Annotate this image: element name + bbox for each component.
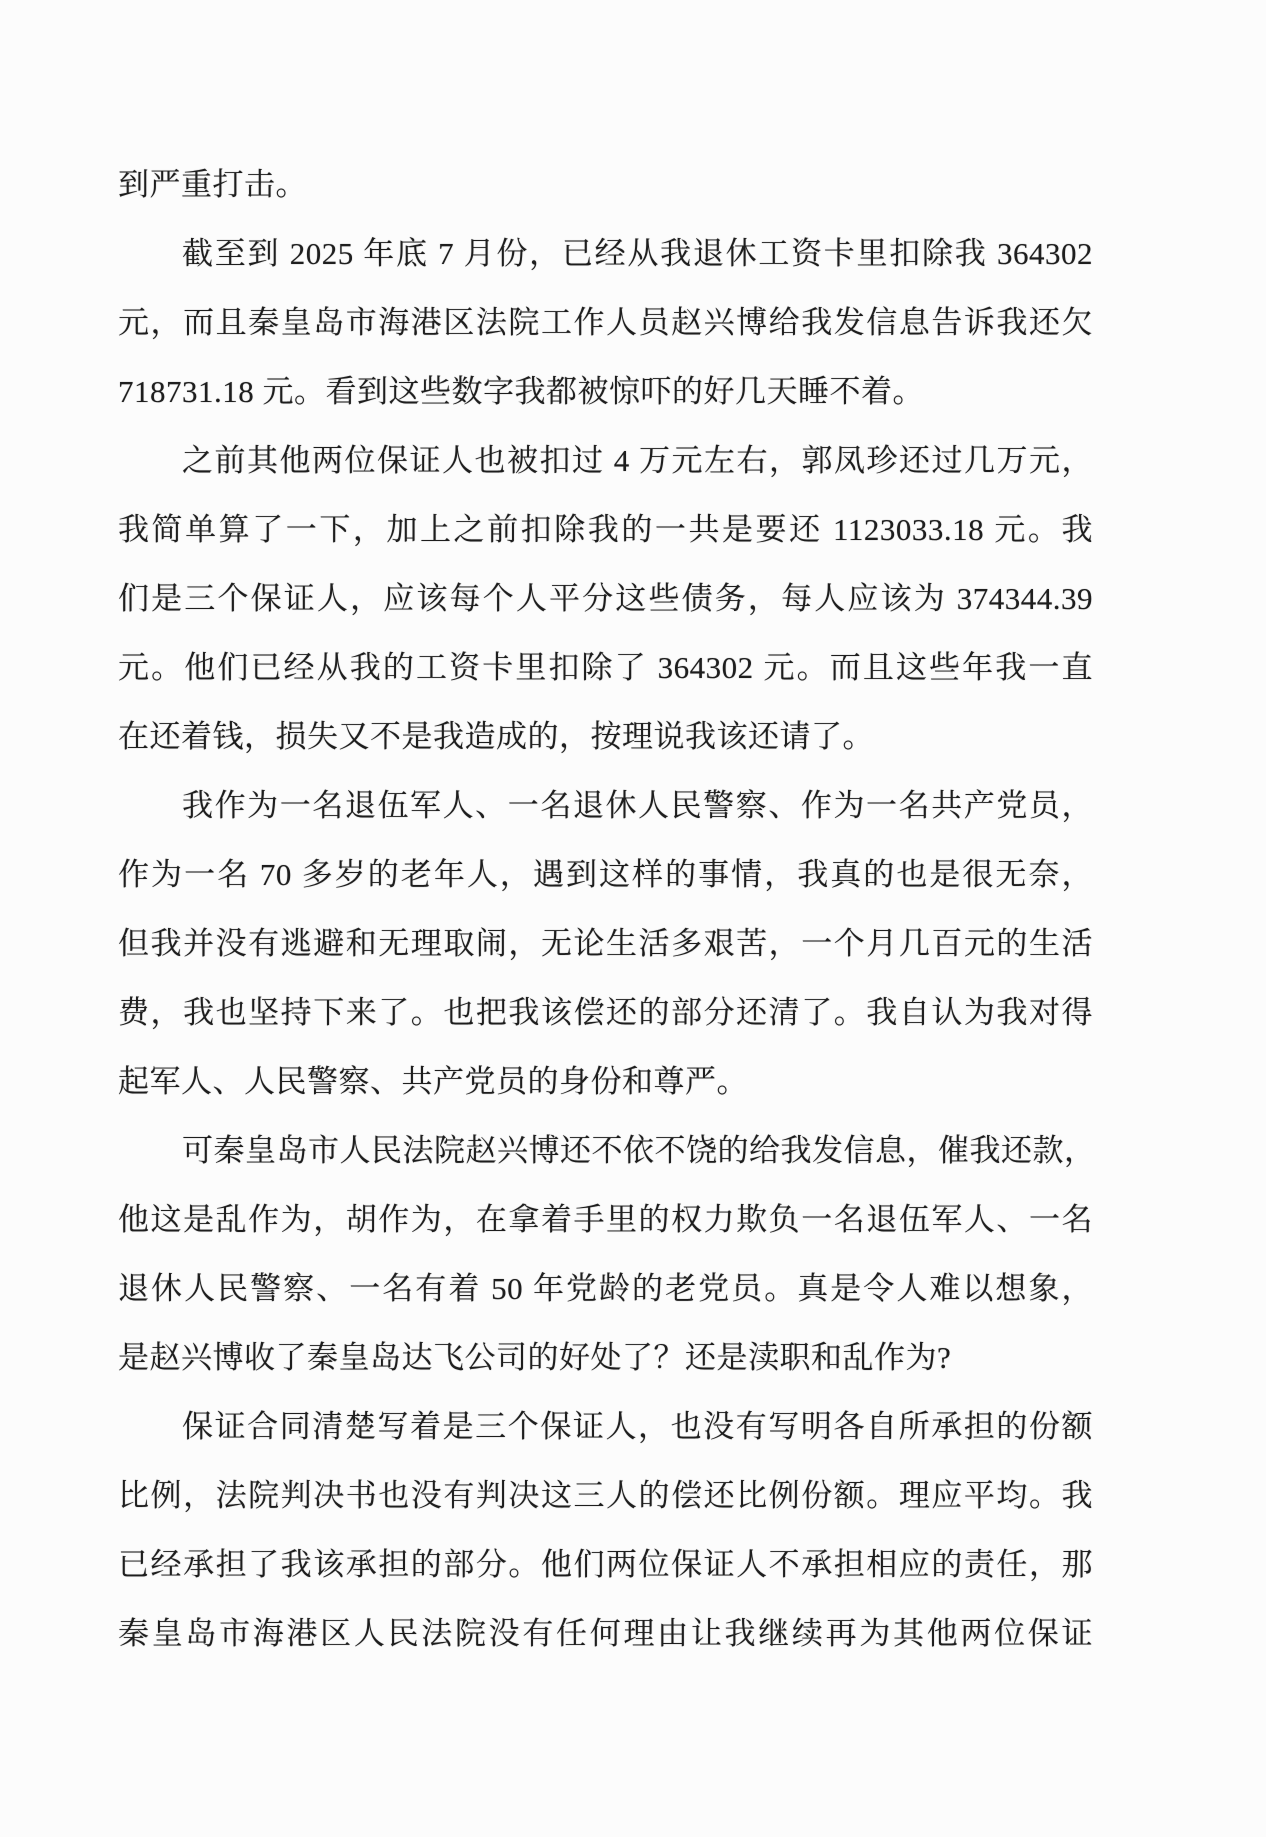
text-line: 比例，法院判决书也没有判决这三人的偿还比例份额。理应平均。我	[118, 1461, 1093, 1530]
text-line: 我作为一名退伍军人、一名退休人民警察、作为一名共产党员，	[118, 771, 1093, 840]
text-line: 是赵兴博收了秦皇岛达飞公司的好处了？还是渎职和乱作为?	[118, 1323, 1093, 1392]
document-page: 到严重打击。截至到 2025 年底 7 月份，已经从我退休工资卡里扣除我 364…	[0, 0, 1266, 1837]
text-line: 元。他们已经从我的工资卡里扣除了 364302 元。而且这些年我一直	[118, 633, 1093, 702]
text-line: 他这是乱作为，胡作为，在拿着手里的权力欺负一名退伍军人、一名	[118, 1185, 1093, 1254]
text-line: 之前其他两位保证人也被扣过 4 万元左右，郭凤珍还过几万元，	[118, 426, 1093, 495]
paragraph: 保证合同清楚写着是三个保证人，也没有写明各自所承担的份额比例，法院判决书也没有判…	[118, 1392, 1093, 1668]
text-line: 718731.18 元。看到这些数字我都被惊吓的好几天睡不着。	[118, 357, 1093, 426]
paragraph: 可秦皇岛市人民法院赵兴博还不依不饶的给我发信息，催我还款，他这是乱作为，胡作为，…	[118, 1116, 1093, 1392]
text-line: 已经承担了我该承担的部分。他们两位保证人不承担相应的责任，那	[118, 1530, 1093, 1599]
paragraph: 到严重打击。	[118, 150, 1093, 219]
paragraph: 截至到 2025 年底 7 月份，已经从我退休工资卡里扣除我 364302元，而…	[118, 219, 1093, 426]
text-line: 作为一名 70 多岁的老年人，遇到这样的事情，我真的也是很无奈，	[118, 840, 1093, 909]
text-line: 秦皇岛市海港区人民法院没有任何理由让我继续再为其他两位保证	[118, 1599, 1093, 1668]
text-line: 截至到 2025 年底 7 月份，已经从我退休工资卡里扣除我 364302	[118, 219, 1093, 288]
text-line: 起军人、人民警察、共产党员的身份和尊严。	[118, 1047, 1093, 1116]
paragraph: 我作为一名退伍军人、一名退休人民警察、作为一名共产党员，作为一名 70 多岁的老…	[118, 771, 1093, 1116]
document-content: 到严重打击。截至到 2025 年底 7 月份，已经从我退休工资卡里扣除我 364…	[118, 150, 1093, 1668]
text-line: 保证合同清楚写着是三个保证人，也没有写明各自所承担的份额	[118, 1392, 1093, 1461]
text-line: 我简单算了一下，加上之前扣除我的一共是要还 1123033.18 元。我	[118, 495, 1093, 564]
text-line: 们是三个保证人，应该每个人平分这些债务，每人应该为 374344.39	[118, 564, 1093, 633]
text-line: 费，我也坚持下来了。也把我该偿还的部分还清了。我自认为我对得	[118, 978, 1093, 1047]
text-line: 但我并没有逃避和无理取闹，无论生活多艰苦，一个月几百元的生活	[118, 909, 1093, 978]
text-line: 退休人民警察、一名有着 50 年党龄的老党员。真是令人难以想象，	[118, 1254, 1093, 1323]
text-line: 到严重打击。	[118, 150, 1093, 219]
text-line: 元，而且秦皇岛市海港区法院工作人员赵兴博给我发信息告诉我还欠	[118, 288, 1093, 357]
text-line: 在还着钱，损失又不是我造成的，按理说我该还请了。	[118, 702, 1093, 771]
text-line: 可秦皇岛市人民法院赵兴博还不依不饶的给我发信息，催我还款，	[118, 1116, 1093, 1185]
paragraph: 之前其他两位保证人也被扣过 4 万元左右，郭凤珍还过几万元，我简单算了一下，加上…	[118, 426, 1093, 771]
